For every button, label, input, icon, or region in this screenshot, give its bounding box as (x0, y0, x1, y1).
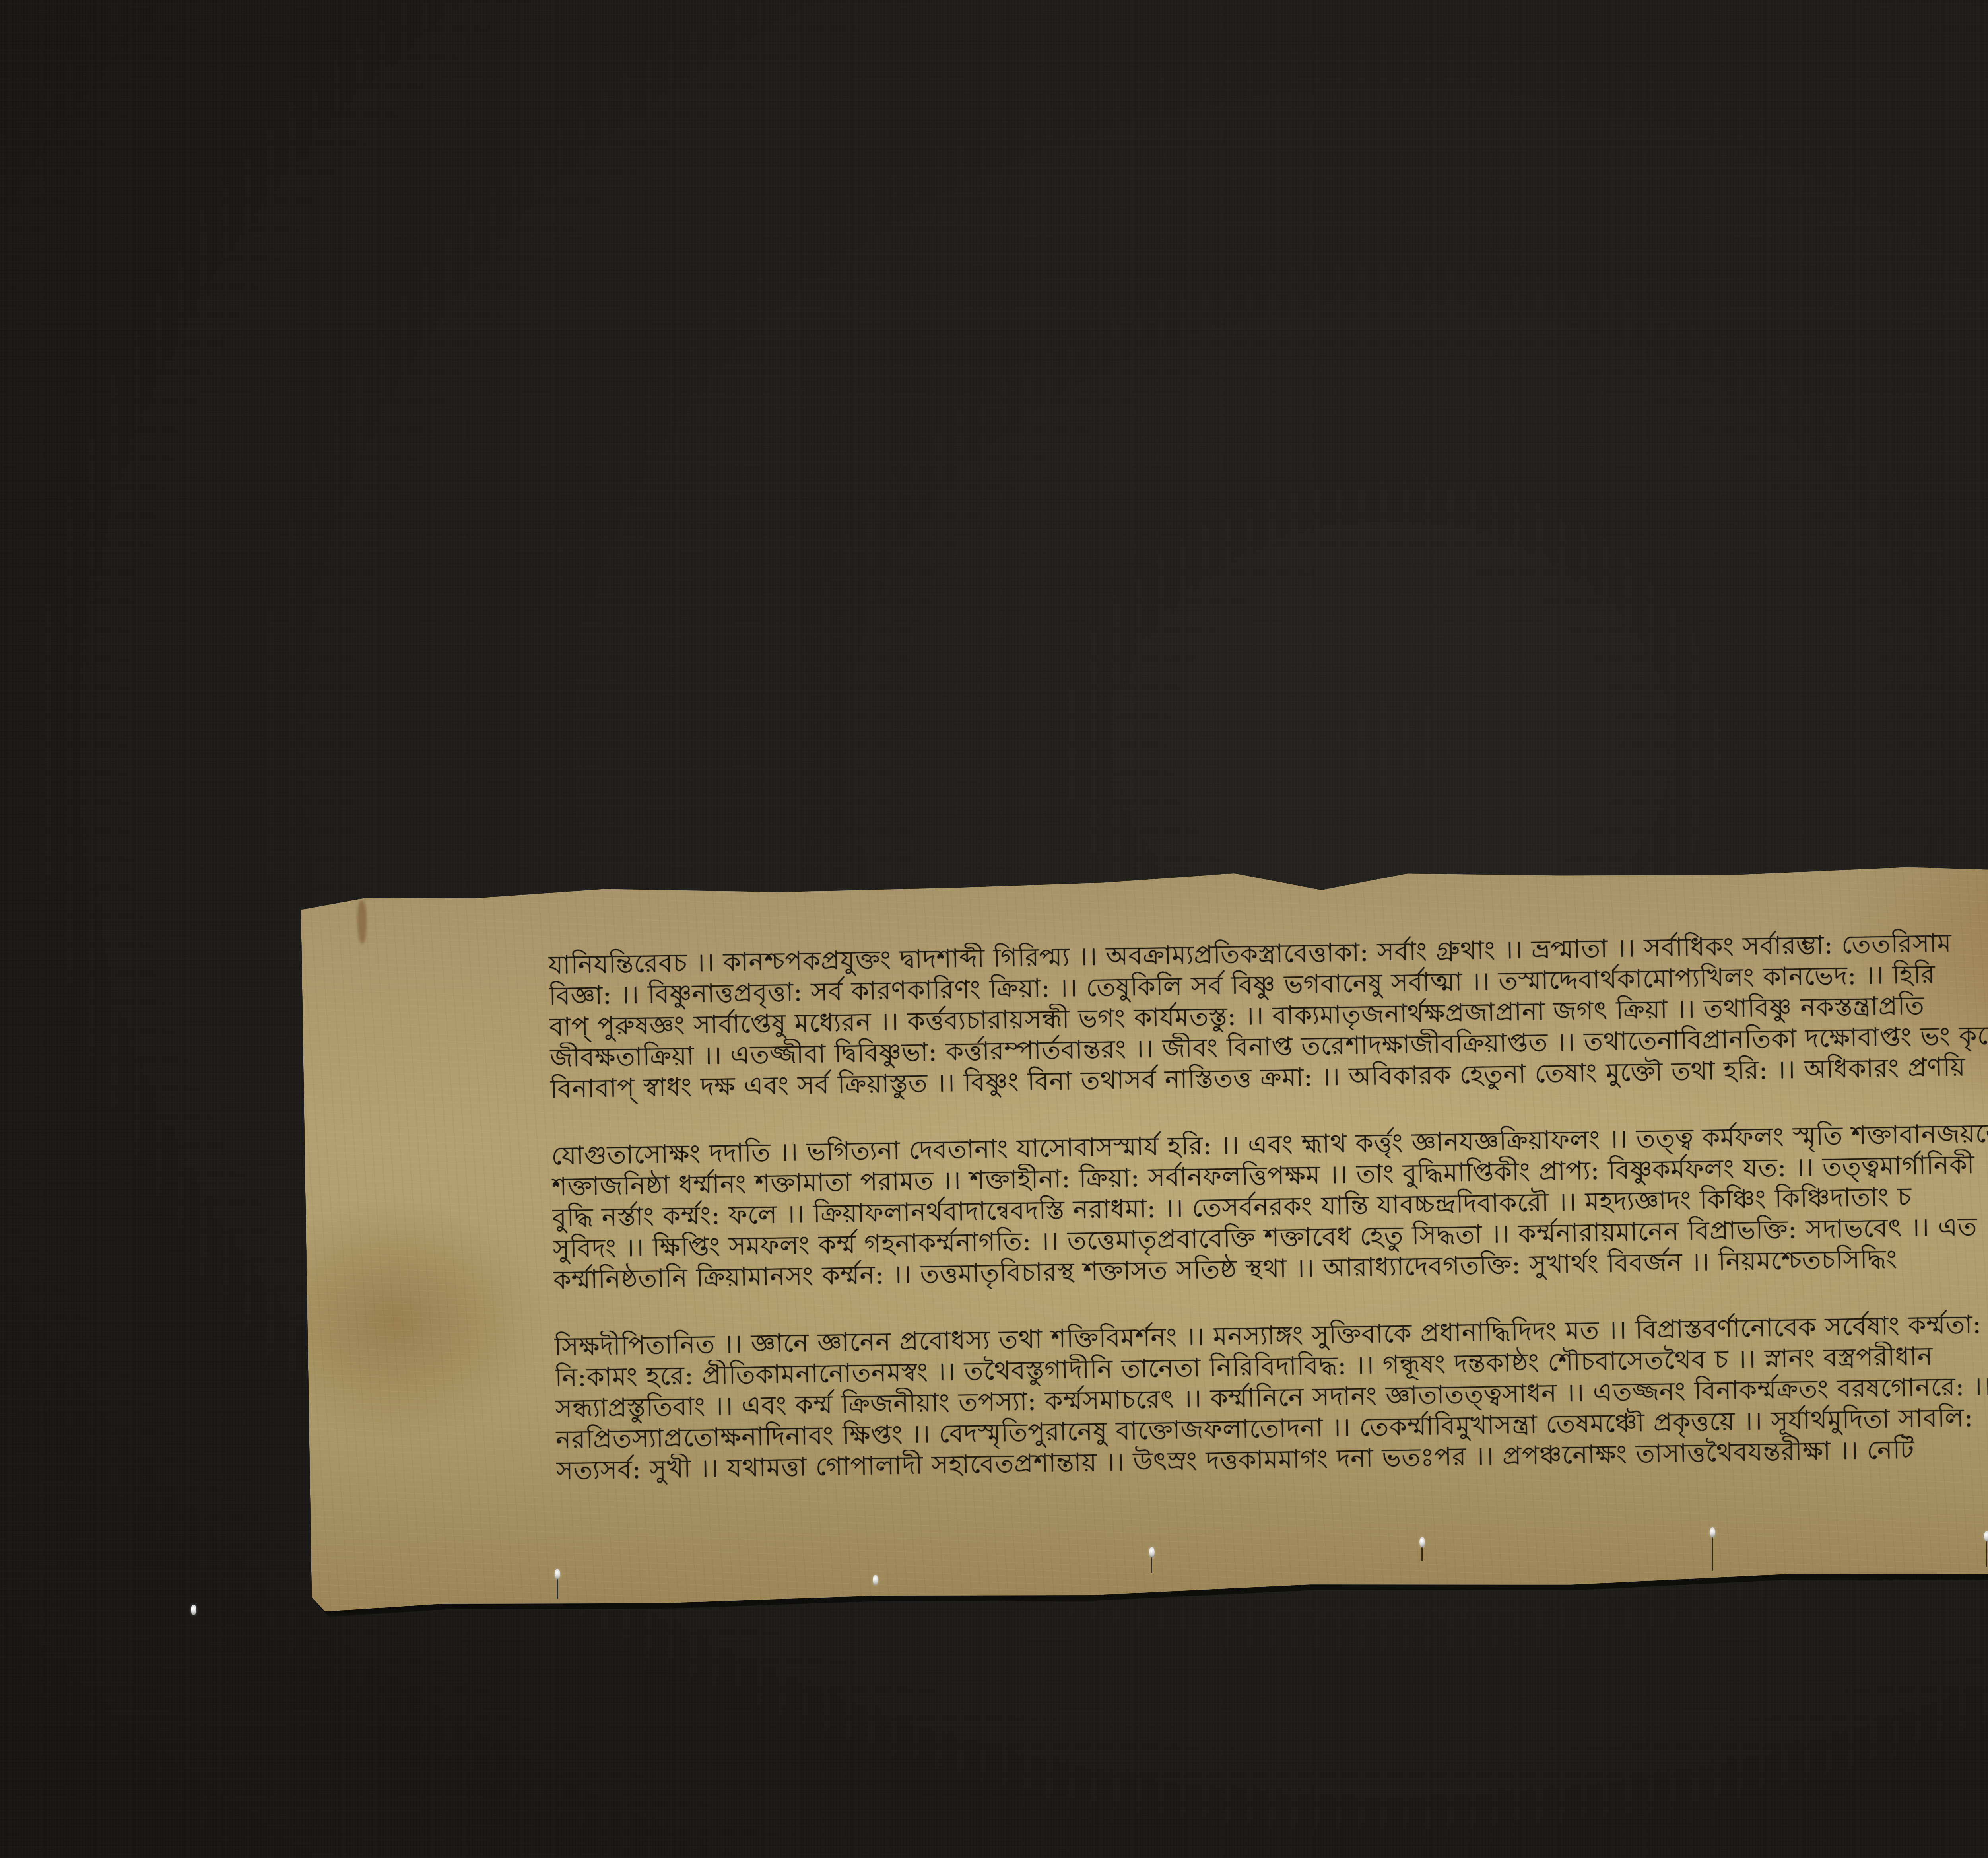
pin-head-icon (873, 1575, 878, 1585)
photo-scene: যানিযন্তিরেবচ ।। কানশ্চপকপ্রযুক্তং দ্বাদ… (0, 0, 1988, 1858)
text-block-2: যোগুতাসোক্ষং দদাতি ।। ভগিত্যনা দেবতানাং … (551, 1112, 1988, 1296)
pin-head-icon (1419, 1537, 1425, 1547)
manuscript-folio: যানিযন্তিরেবচ ।। কানশ্চপকপ্রযুক্তং দ্বাদ… (301, 854, 1988, 1612)
pin-head-icon (191, 1605, 196, 1615)
text-block-3: সিক্ষদীপিতানিত ।। জ্ঞানে জ্ঞানেন প্রবোধস… (554, 1303, 1988, 1487)
pin-head-icon (555, 1569, 560, 1579)
pin-shaft (1421, 1545, 1423, 1561)
pin-head-icon (1149, 1547, 1155, 1557)
manuscript-text: যানিযন্তিরেবচ ।। কানশ্চপকপ্রযুক্তং দ্বাদ… (548, 921, 1988, 1522)
pin-shaft (1712, 1535, 1713, 1571)
pin-head-icon (1710, 1527, 1715, 1537)
pin-shaft (1151, 1555, 1152, 1573)
pin-shaft (557, 1577, 558, 1599)
text-block-1: যানিযন্তিরেবচ ।। কানশ্চপকপ্রযুক্তং দ্বাদ… (548, 921, 1988, 1105)
paper-leaf: যানিযন্তিরেবচ ।। কানশ্চপকপ্রযুক্তং দ্বাদ… (301, 854, 1988, 1612)
pin-head-icon (1984, 1531, 1988, 1541)
pin-shaft (1986, 1539, 1987, 1567)
